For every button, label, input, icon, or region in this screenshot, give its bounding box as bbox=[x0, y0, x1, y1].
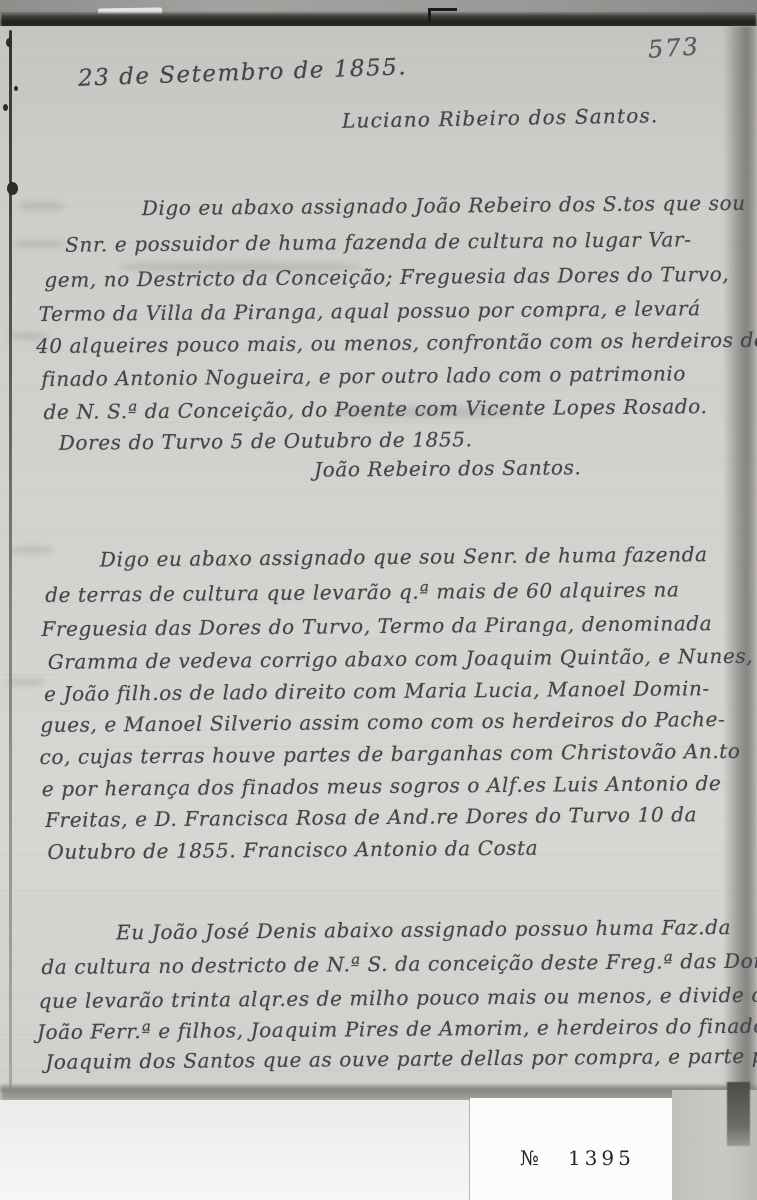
page-corner-shadow bbox=[727, 1082, 750, 1146]
stamp-number: 1395 bbox=[568, 1146, 635, 1170]
ink-blot bbox=[14, 86, 18, 91]
ink-blot bbox=[7, 182, 18, 195]
ink-blot bbox=[6, 38, 12, 47]
smudge bbox=[18, 202, 64, 210]
text-line: Outubro de 1855. Francisco Antonio da Co… bbox=[47, 836, 538, 864]
ink-blot bbox=[3, 104, 8, 111]
scanned-manuscript-photo: { "document": { "folio_number": "573", "… bbox=[0, 0, 757, 1200]
folio-number: 573 bbox=[647, 32, 701, 64]
numero-sign: № bbox=[520, 1146, 540, 1170]
entry-signature: João Rebeiro dos Santos. bbox=[314, 455, 582, 481]
smudge bbox=[6, 678, 44, 686]
stamp-text: №1395 bbox=[520, 1146, 635, 1170]
text-line: Dores do Turvo 5 de Outubro de 1855. bbox=[59, 427, 473, 455]
smudge bbox=[10, 546, 54, 554]
record-number-stamp: №1395 bbox=[470, 1098, 672, 1200]
smudge bbox=[14, 240, 64, 248]
registration-mark-top bbox=[428, 8, 457, 22]
